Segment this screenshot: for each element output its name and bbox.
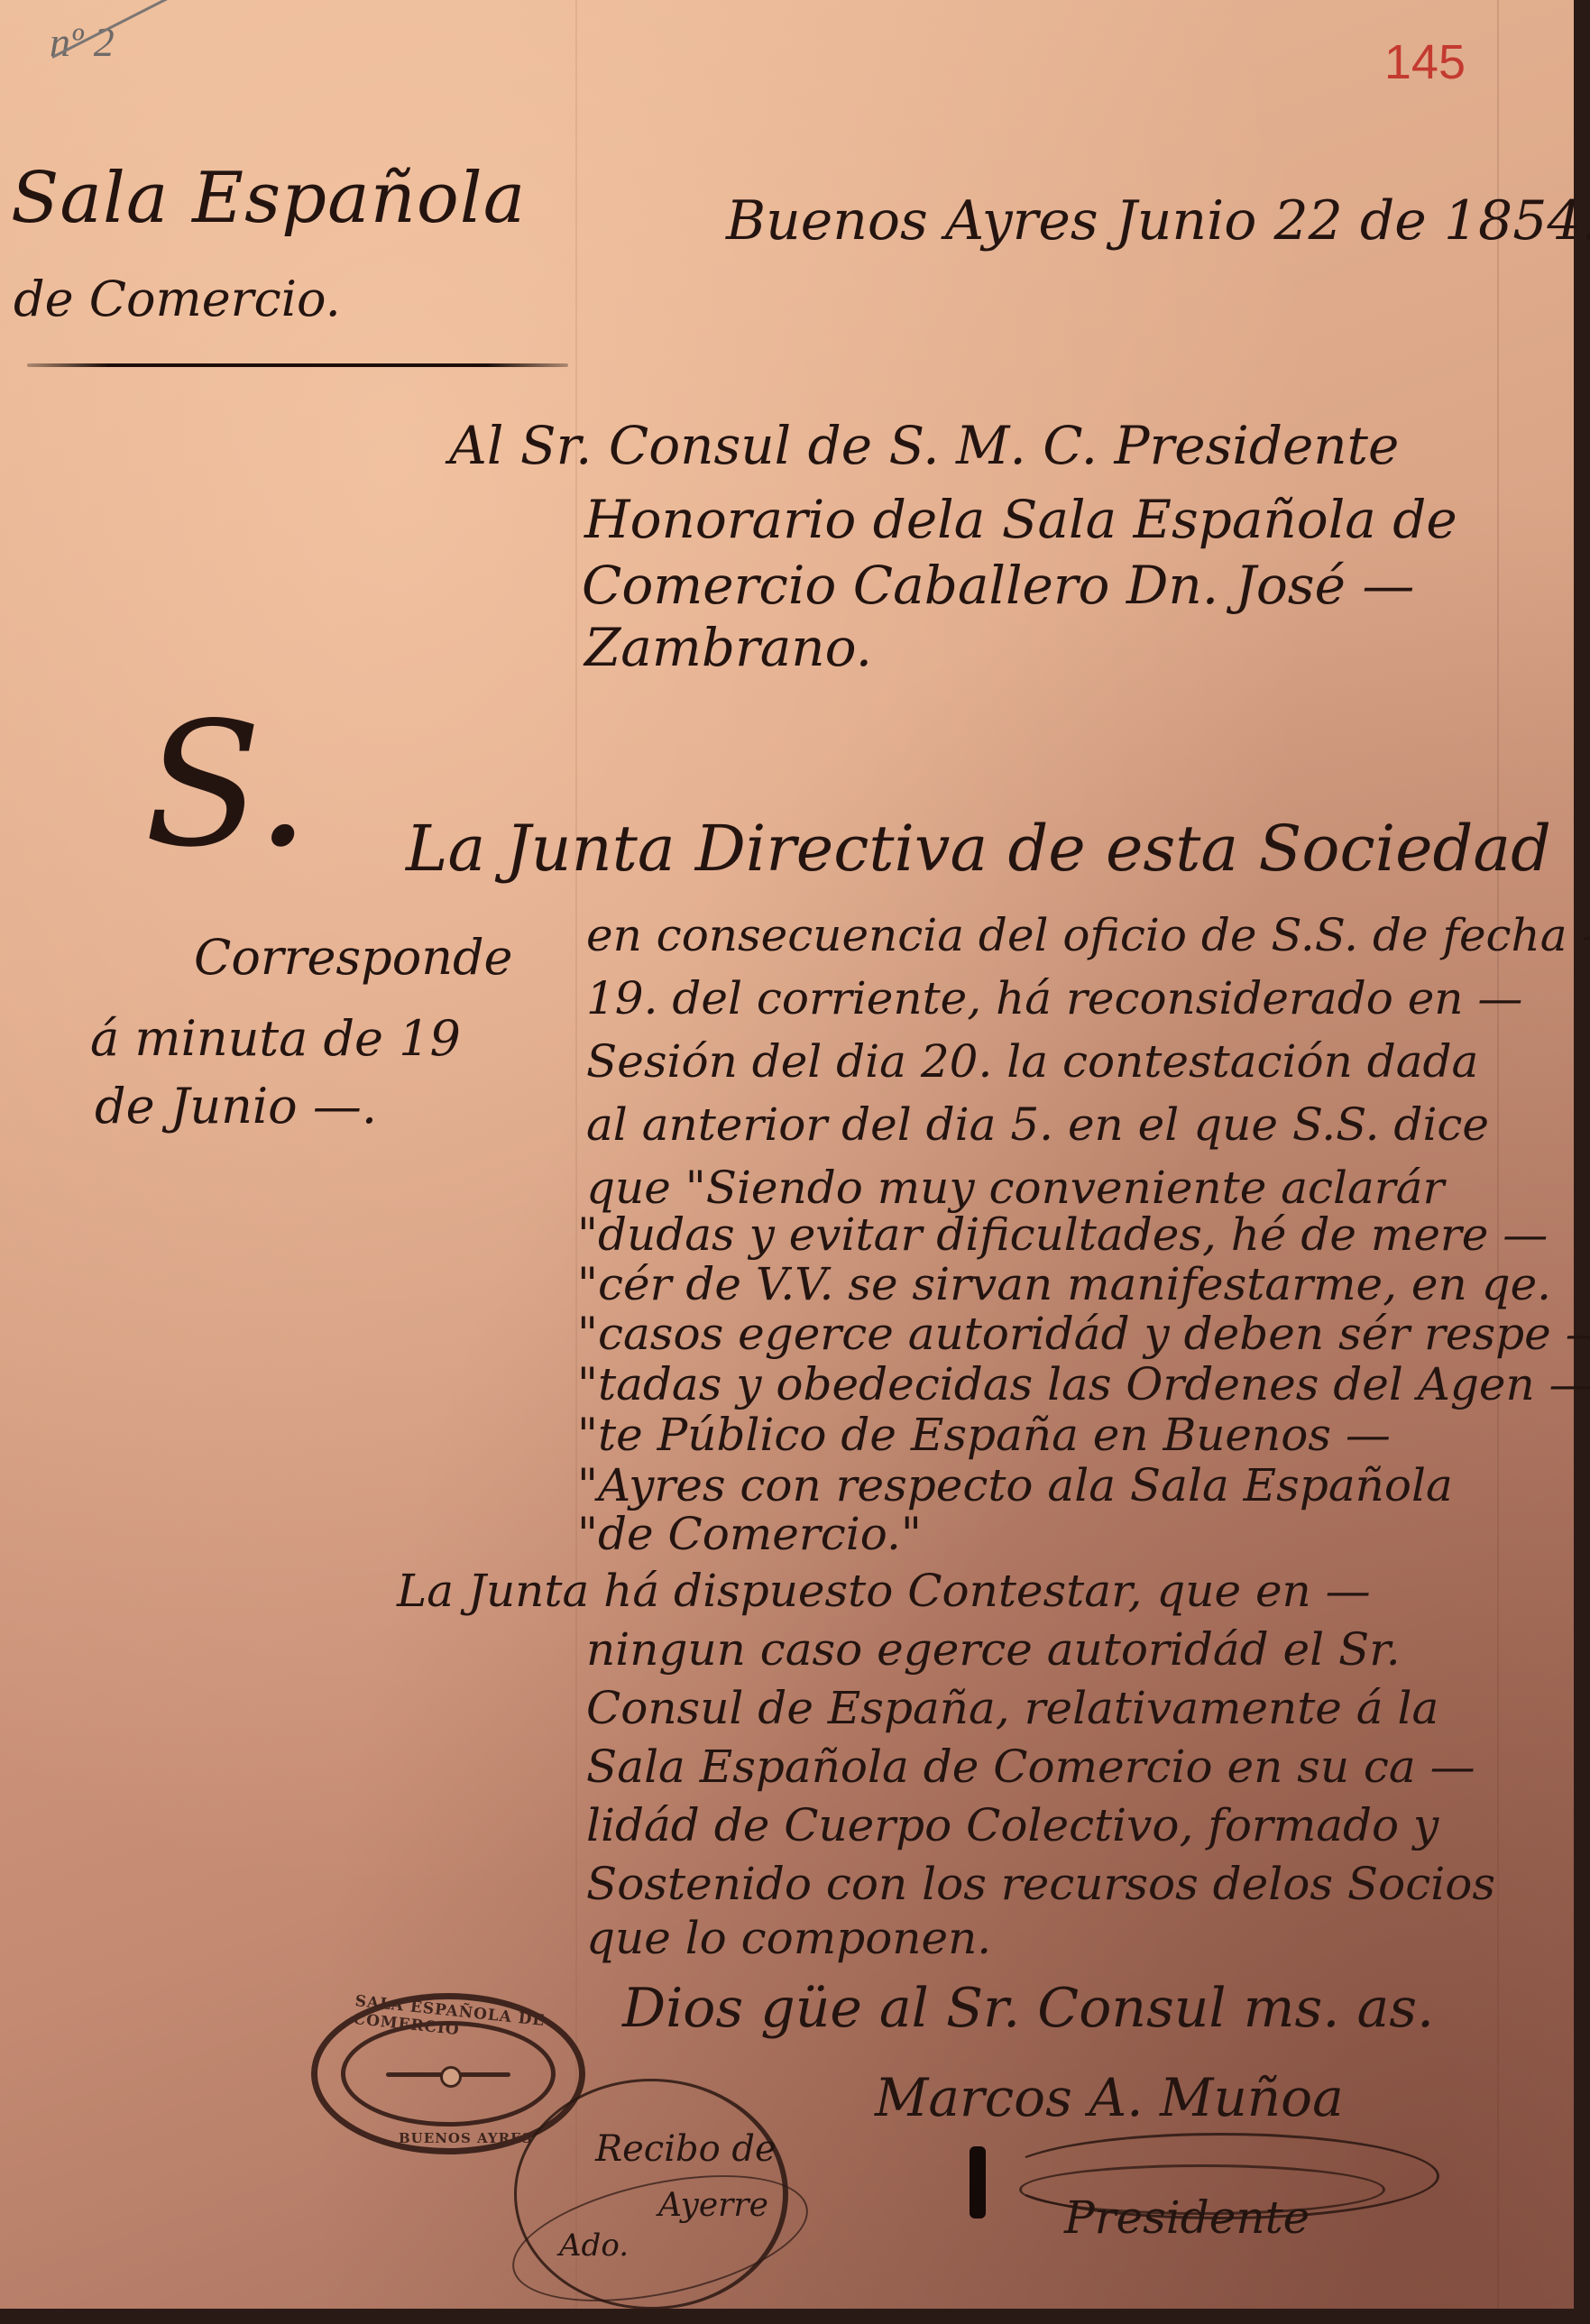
- margin-note-line: á minuta de 19: [90, 1010, 461, 1067]
- margin-note-line: Corresponde: [194, 929, 513, 986]
- paragraph-line: ningun caso egerce autoridád el Sr.: [586, 1623, 1401, 1676]
- paragraph-line: Consul de España, relativamente á la: [586, 1682, 1438, 1734]
- body-line: al anterior del dia 5. en el que S.S. di…: [586, 1098, 1489, 1151]
- addressee-line: Comercio Caballero Dn. José —: [582, 555, 1414, 616]
- letterhead-line-1: Sala Española: [11, 158, 526, 239]
- body-line: "casos egerce autoridád y deben sér resp…: [577, 1308, 1590, 1360]
- addressee-line: Al Sr. Consul de S. M. C. Presidente: [449, 415, 1399, 476]
- body-line: "tadas y obedecidas las Ordenes del Agen…: [577, 1358, 1590, 1410]
- signer-title: Presidente: [1064, 2191, 1310, 2244]
- paragraph-line: que lo componen.: [586, 1912, 991, 1964]
- rubric-note: Ado.: [559, 2228, 629, 2264]
- paper-fold-line-right: [1497, 0, 1499, 2309]
- paragraph-line: Sostenido con los recursos delos Socios: [586, 1858, 1495, 1910]
- body-line: "te Público de España en Buenos —: [577, 1409, 1391, 1461]
- paragraph-line: La Junta há dispuesto Contestar, que en …: [397, 1565, 1371, 1617]
- body-line: en consecuencia del oficio de S.S. de fe…: [586, 909, 1590, 961]
- margin-note-line: de Junio —.: [95, 1078, 377, 1134]
- body-line: "Ayres con respecto ala Sala Española: [577, 1459, 1453, 1511]
- addressee-line: Honorario dela Sala Española de: [584, 489, 1457, 550]
- document-page: nº 2 145 Sala Española de Comercio. Buen…: [0, 0, 1574, 2309]
- body-line: "dudas y evitar dificultades, hé de mere…: [577, 1208, 1548, 1261]
- body-line: que "Siendo muy conveniente aclarár: [586, 1162, 1444, 1214]
- rubric-note: Ayerre: [658, 2187, 768, 2224]
- letterhead-rule: [27, 363, 568, 367]
- salutation-initial: S.: [144, 685, 310, 885]
- signature-name: Marcos A. Muñoa: [875, 2067, 1344, 2128]
- paper-fold-line: [575, 0, 577, 2309]
- addressee-line: Zambrano.: [584, 617, 872, 678]
- rubric-note: Recibo de: [595, 2128, 777, 2170]
- body-line: "cér de V.V. se sirvan manifestarme, en …: [577, 1258, 1551, 1310]
- closing-formula: Dios güe al Sr. Consul ms. as.: [622, 1977, 1434, 2040]
- seal-star-icon: [440, 2066, 462, 2088]
- dateline: Buenos Ayres Junio 22 de 1854.: [726, 189, 1590, 253]
- folio-number: 145: [1384, 34, 1466, 90]
- letterhead-line-2: de Comercio.: [14, 271, 341, 327]
- headline: La Junta Directiva de esta Sociedad: [406, 812, 1551, 886]
- ink-blot: [970, 2146, 986, 2218]
- seal-bottom-text: BUENOS AYRES: [399, 2130, 532, 2146]
- body-line: "de Comercio.": [577, 1508, 922, 1560]
- paragraph-line: lidád de Cuerpo Colectivo, formado y: [586, 1799, 1438, 1851]
- body-line: Sesión del dia 20. la contestación dada: [586, 1035, 1478, 1088]
- body-line: 19. del corriente, há reconsiderado en —: [586, 972, 1522, 1024]
- paragraph-line: Sala Española de Comercio en su ca —: [586, 1741, 1475, 1793]
